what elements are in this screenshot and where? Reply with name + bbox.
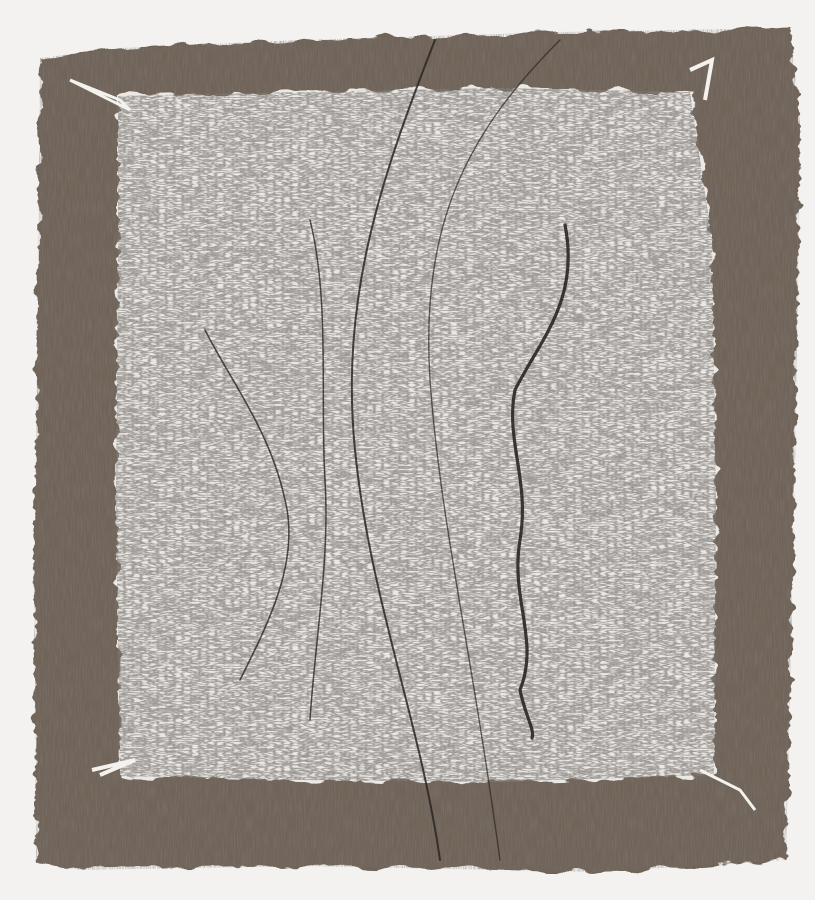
textile-artwork [0,0,815,900]
artwork-photo [0,0,815,900]
panel-scribbles [116,88,716,782]
